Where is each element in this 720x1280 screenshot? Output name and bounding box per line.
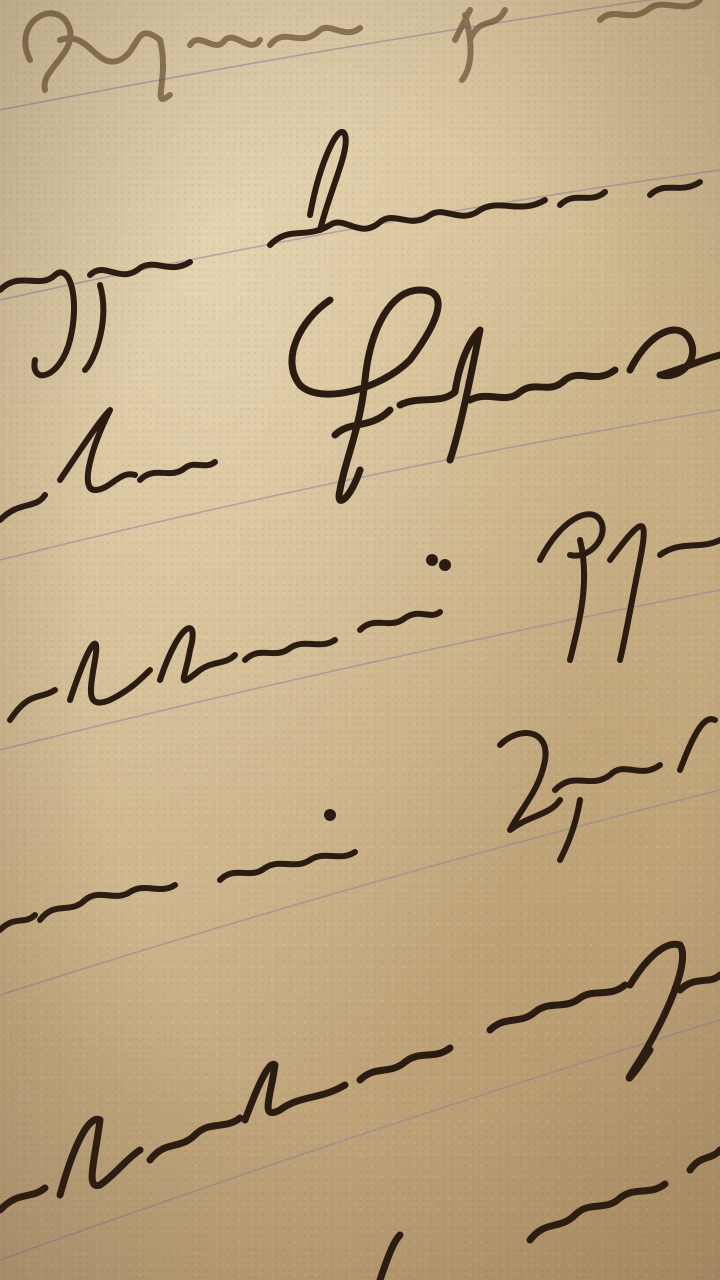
handwritten-letter-photo: Handwritten German Kurrent cursive on ag… xyxy=(0,0,720,1280)
photo-vignette xyxy=(0,0,720,1280)
